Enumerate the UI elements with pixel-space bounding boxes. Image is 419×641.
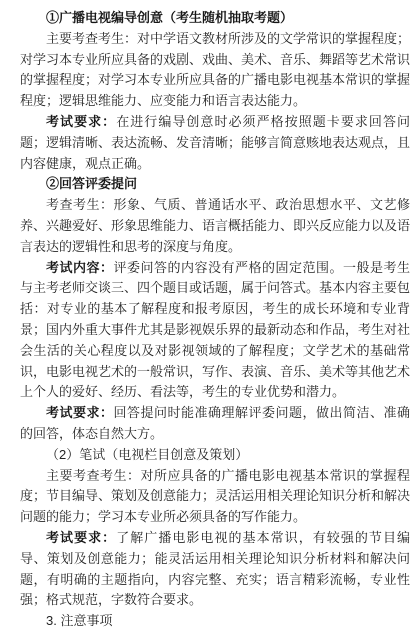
- paragraph-exam-requirement-1: 考试要求：在进行编导创意时必须严格按照题卡要求回答问题；逻辑清晰、表达流畅、发音…: [20, 112, 410, 174]
- paragraph-notes-heading: 3. 注意事项: [20, 611, 410, 632]
- paragraph-exam-content-label: 考试内容：: [46, 260, 114, 275]
- paragraph-main-examine-3: 主要考查考生：对所应具备的广播电影电视基本常识的掌握程度；节目编导、策划及创意能…: [20, 466, 410, 528]
- paragraph-written-test-title: （2）笔试（电视栏目创意及策划）: [20, 445, 410, 466]
- paragraph-exam-requirement-3-label: 考试要求：: [46, 530, 116, 545]
- paragraph-exam-requirement-3: 考试要求：了解广播电影电视的基本常识，有较强的节目编导、策划及创意能力；能灵活运…: [20, 528, 410, 611]
- document-body: ①广播电视编导创意（考生随机抽取考题）主要考查考生：对中学语文教材所涉及的文学常…: [20, 8, 410, 632]
- paragraph-exam-requirement-2-label: 考试要求：: [46, 405, 114, 420]
- document-page: ①广播电视编导创意（考生随机抽取考题）主要考查考生：对中学语文教材所涉及的文学常…: [0, 0, 419, 641]
- paragraph-main-examine-1: 主要考查考生：对中学语文教材所涉及的文学常识的掌握程度；对学习本专业所应具备的戏…: [20, 29, 410, 112]
- section-heading-2: ②回答评委提问: [20, 174, 410, 195]
- paragraph-exam-requirement-2: 考试要求：回答提问时能准确理解评委问题，做出简洁、准确的回答，体态自然大方。: [20, 403, 410, 445]
- section-heading-1: ①广播电视编导创意（考生随机抽取考题）: [20, 8, 410, 29]
- paragraph-exam-content: 考试内容：评委问答的内容没有严格的固定范围。一般是考生与主考老师交谈三、四个题目…: [20, 258, 410, 404]
- paragraph-exam-requirement-1-label: 考试要求：: [46, 114, 116, 129]
- paragraph-examine-2: 考查考生：形象、气质、普通话水平、政治思想水平、文艺修养、兴趣爱好、形象思维能力…: [20, 195, 410, 257]
